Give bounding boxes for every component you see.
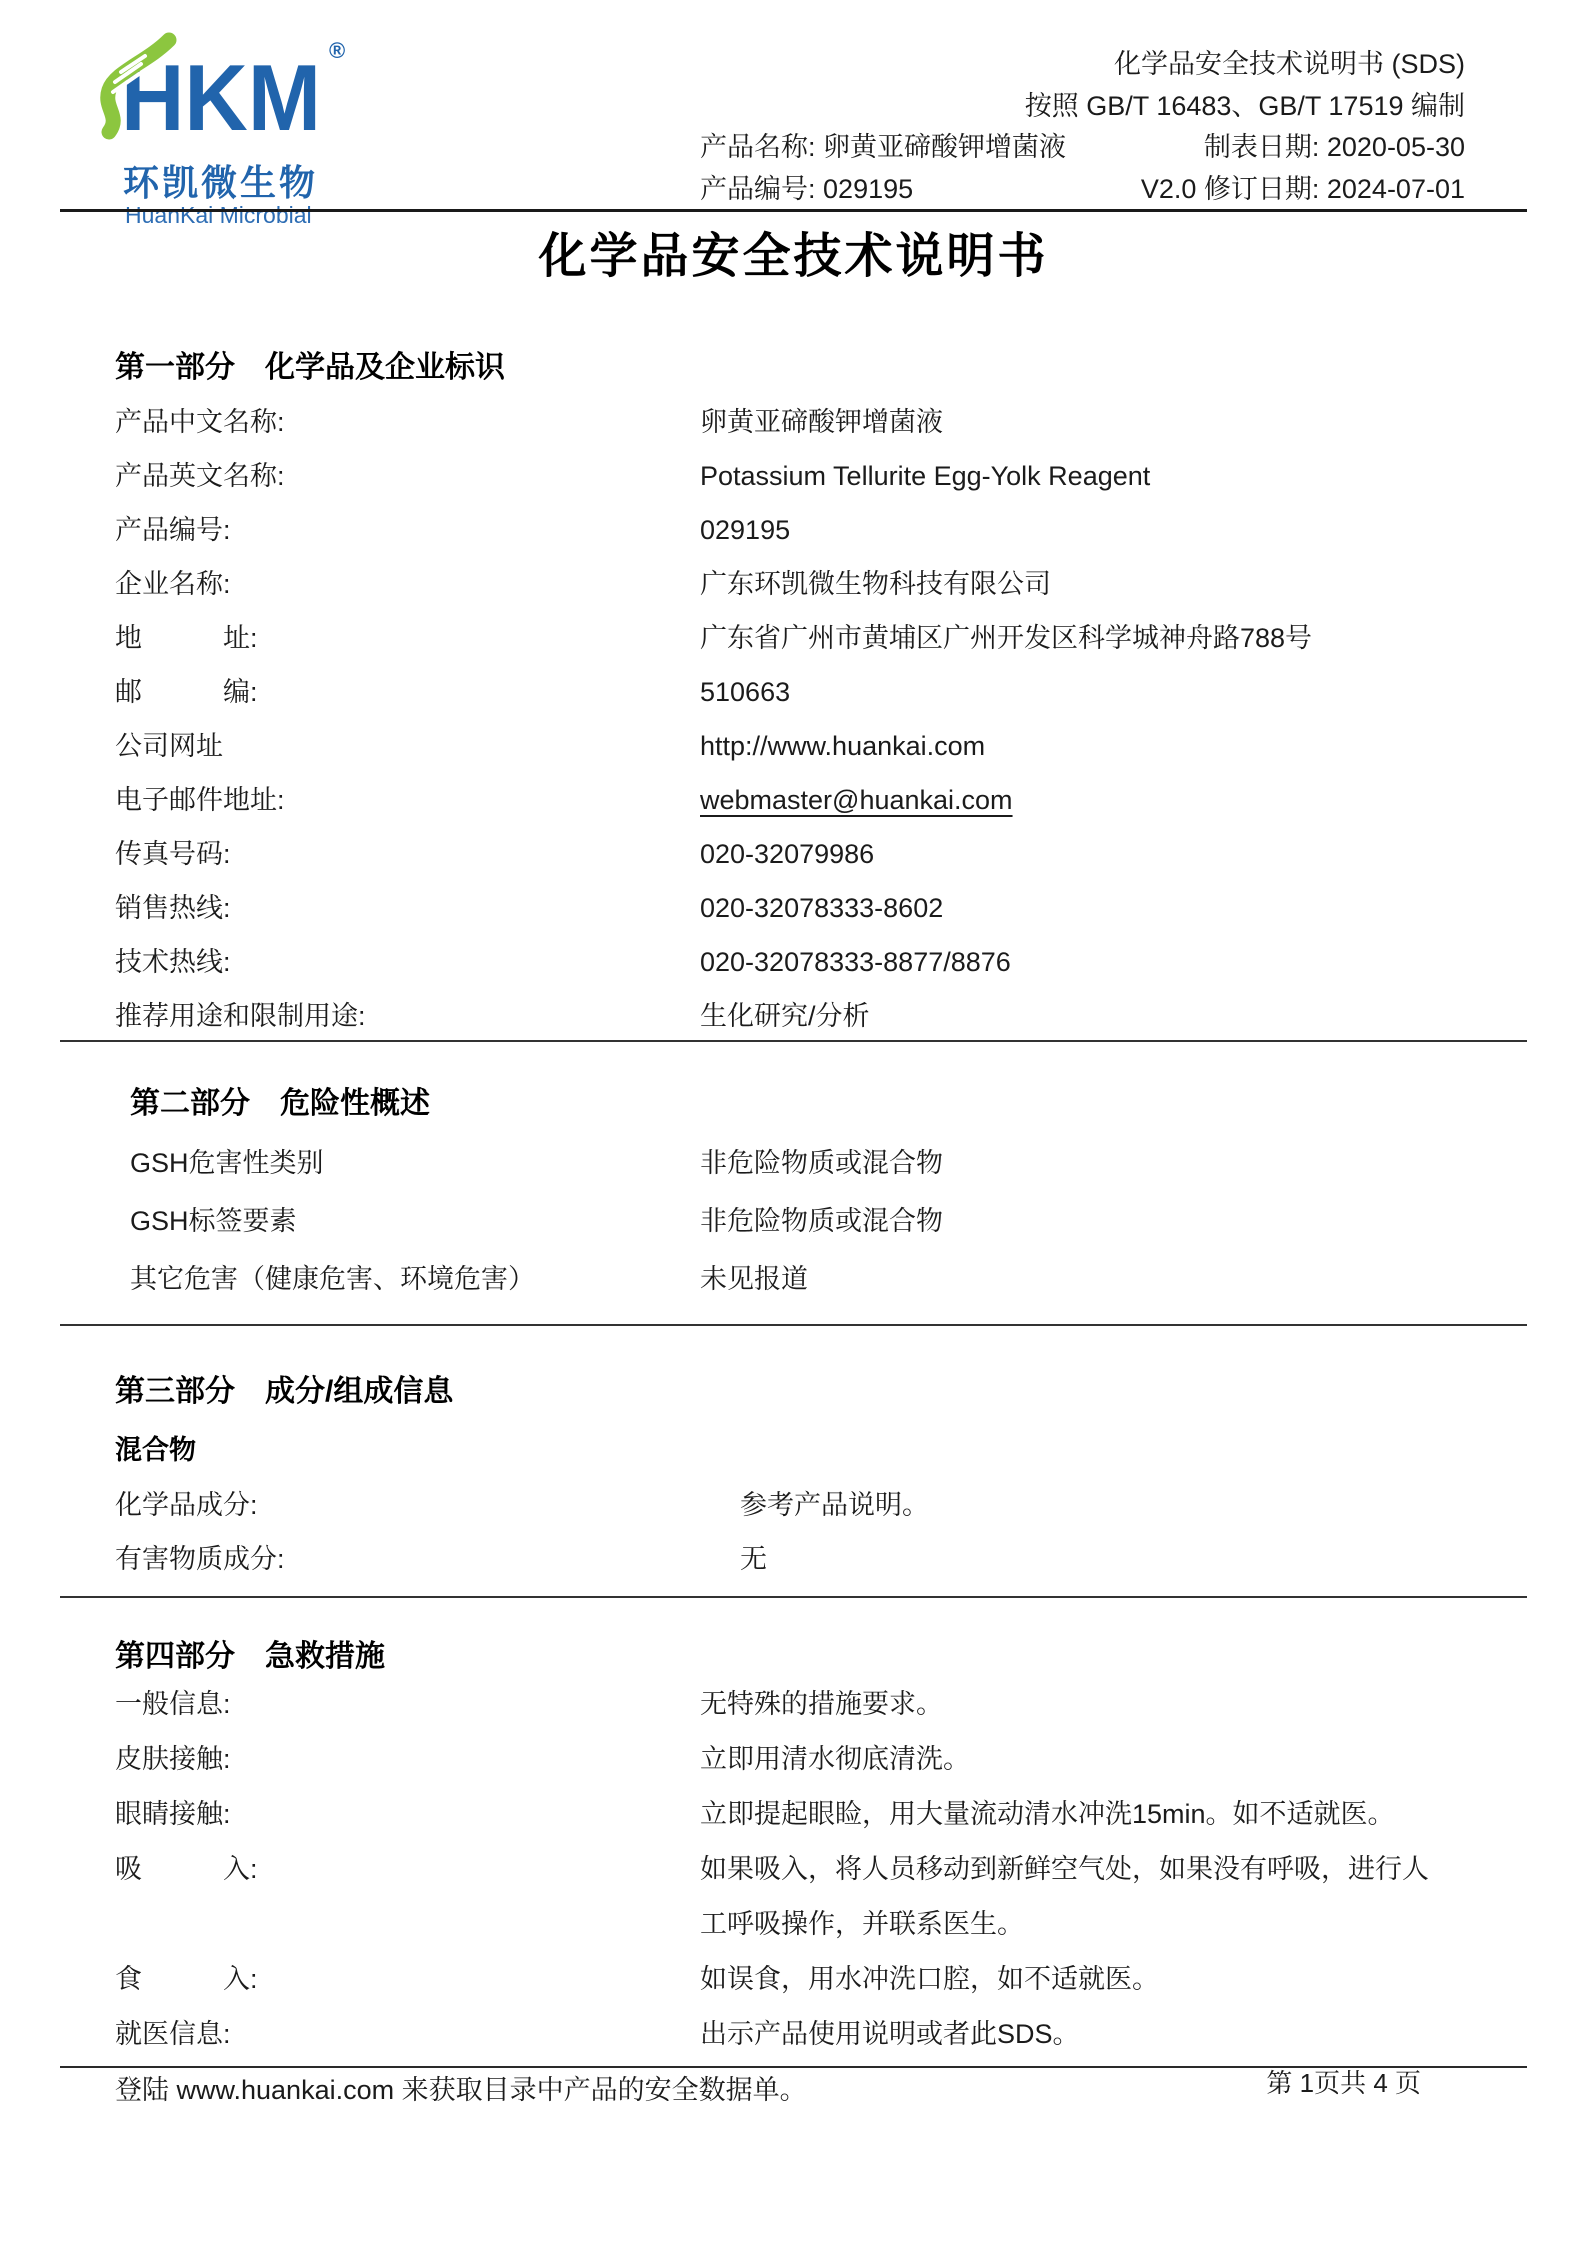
field-value: 立即用清水彻底清洗。	[700, 1732, 970, 1787]
field-row: 电子邮件地址:webmaster@huankai.com	[115, 773, 1527, 827]
field-label: 企业名称:	[115, 557, 231, 611]
field-label: 一般信息:	[115, 1677, 231, 1732]
mixture-subheading: 混合物	[115, 1433, 1527, 1467]
revision-date: V2.0 修订日期: 2024-07-01	[1141, 173, 1465, 205]
sds-document-page: HKM ® 环凯微生物 HuanKai Microbial 化学品安全技术说明书…	[0, 0, 1587, 2245]
field-value: 立即提起眼睑，用大量流动清水冲洗15min。如不适就医。	[700, 1787, 1395, 1842]
field-row: 眼睛接触:立即提起眼睑，用大量流动清水冲洗15min。如不适就医。	[115, 1787, 1527, 1842]
field-label: GSH标签要素	[130, 1192, 297, 1250]
field-label: 技术热线:	[115, 935, 231, 989]
field-label: 电子邮件地址:	[115, 773, 285, 827]
product-name: 产品名称: 卵黄亚碲酸钾增菌液	[700, 131, 1066, 163]
section-1-identification: 第一部分 化学品及企业标识 产品中文名称:卵黄亚碲酸钾增菌液产品英文名称:Pot…	[115, 348, 1527, 1043]
section-divider	[60, 1040, 1527, 1042]
field-value: 020-32078333-8877/8876	[700, 935, 1011, 989]
standard-reference-line: 按照 GB/T 16483、GB/T 17519 编制	[700, 90, 1465, 122]
field-value: 生化研究/分析	[700, 989, 870, 1043]
field-value: 020-32078333-8602	[700, 881, 943, 935]
field-value: http://www.huankai.com	[700, 719, 985, 773]
section-3-rows: 化学品成分:参考产品说明。有害物质成分:无	[115, 1478, 1527, 1586]
email-link[interactable]: webmaster@huankai.com	[700, 773, 1013, 827]
document-title: 化学品安全技术说明书	[0, 228, 1587, 286]
company-logo: HKM ® 环凯微生物 HuanKai Microbial	[85, 28, 415, 208]
field-label: 产品英文名称:	[115, 449, 285, 503]
field-value: 参考产品说明。	[740, 1478, 929, 1532]
field-label: 产品中文名称:	[115, 395, 285, 449]
section-1-rows: 产品中文名称:卵黄亚碲酸钾增菌液产品英文名称:Potassium Telluri…	[115, 395, 1527, 1043]
section-divider	[60, 1596, 1527, 1598]
field-row: 推荐用途和限制用途:生化研究/分析	[115, 989, 1527, 1043]
field-row: 传真号码:020-32079986	[115, 827, 1527, 881]
field-row: 食 入:如误食，用水冲洗口腔，如不适就医。	[115, 1952, 1527, 2007]
field-label: 推荐用途和限制用途:	[115, 989, 366, 1043]
field-value: 广东省广州市黄埔区广州开发区科学城神舟路788号	[700, 611, 1312, 665]
field-label: 其它危害（健康危害、环境危害）	[130, 1250, 535, 1308]
field-label: GSH危害性类别	[130, 1134, 324, 1192]
section-divider	[60, 1324, 1527, 1326]
field-row: 产品编号:029195	[115, 503, 1527, 557]
created-date: 制表日期: 2020-05-30	[1204, 131, 1465, 163]
section-4-heading: 第四部分 急救措施	[115, 1637, 1527, 1677]
field-label: 邮 编:	[115, 665, 258, 719]
field-label: 吸 入:	[115, 1842, 258, 1897]
field-row: 产品英文名称:Potassium Tellurite Egg-Yolk Reag…	[115, 449, 1527, 503]
section-4-rows: 一般信息:无特殊的措施要求。皮肤接触:立即用清水彻底清洗。眼睛接触:立即提起眼睑…	[115, 1677, 1527, 2062]
field-value: 无	[740, 1532, 767, 1586]
field-row: GSH标签要素非危险物质或混合物	[130, 1192, 1542, 1250]
field-value: 029195	[700, 503, 790, 557]
field-row: 有害物质成分:无	[115, 1532, 1527, 1586]
field-row: 化学品成分:参考产品说明。	[115, 1478, 1527, 1532]
field-row: 产品中文名称:卵黄亚碲酸钾增菌液	[115, 395, 1527, 449]
field-row: 公司网址http://www.huankai.com	[115, 719, 1527, 773]
product-name-and-date-row: 产品名称: 卵黄亚碲酸钾增菌液 制表日期: 2020-05-30	[700, 131, 1465, 163]
field-row: 皮肤接触:立即用清水彻底清洗。	[115, 1732, 1527, 1787]
field-label: 销售热线:	[115, 881, 231, 935]
field-label: 就医信息:	[115, 2007, 231, 2062]
field-row: 技术热线:020-32078333-8877/8876	[115, 935, 1527, 989]
field-row: 吸 入:如果吸入，将人员移动到新鲜空气处，如果没有呼吸，进行人工呼吸操作，并联系…	[115, 1842, 1527, 1952]
product-code: 产品编号: 029195	[700, 173, 913, 205]
product-code-and-revision-row: 产品编号: 029195 V2.0 修订日期: 2024-07-01	[700, 173, 1465, 205]
field-value: 未见报道	[700, 1250, 808, 1308]
field-row: 地 址:广东省广州市黄埔区广州开发区科学城神舟路788号	[115, 611, 1527, 665]
header-divider	[60, 209, 1527, 212]
field-row: 销售热线:020-32078333-8602	[115, 881, 1527, 935]
field-label: 地 址:	[115, 611, 258, 665]
field-value: 广东环凯微生物科技有限公司	[700, 557, 1051, 611]
section-2-rows: GSH危害性类别非危险物质或混合物GSH标签要素非危险物质或混合物其它危害（健康…	[130, 1134, 1542, 1308]
field-label: 有害物质成分:	[115, 1532, 285, 1586]
field-value: 非危险物质或混合物	[700, 1192, 943, 1250]
field-label: 眼睛接触:	[115, 1787, 231, 1842]
page-number: 第 1页共 4 页	[1266, 2066, 1421, 2100]
section-4-first-aid: 第四部分 急救措施 一般信息:无特殊的措施要求。皮肤接触:立即用清水彻底清洗。眼…	[115, 1637, 1527, 2062]
field-label: 产品编号:	[115, 503, 231, 557]
field-value: 无特殊的措施要求。	[700, 1677, 943, 1732]
section-3-composition: 第三部分 成分/组成信息 混合物 化学品成分:参考产品说明。有害物质成分:无	[115, 1372, 1527, 1586]
field-label: 化学品成分:	[115, 1478, 258, 1532]
field-row: 企业名称:广东环凯微生物科技有限公司	[115, 557, 1527, 611]
registered-trademark-icon: ®	[329, 38, 345, 63]
footer-note: 登陆 www.huankai.com 来获取目录中产品的安全数据单。	[115, 2072, 807, 2108]
field-row: 邮 编:510663	[115, 665, 1527, 719]
field-value: 卵黄亚碲酸钾增菌液	[700, 395, 943, 449]
field-row: 就医信息:出示产品使用说明或者此SDS。	[115, 2007, 1527, 2062]
field-label: 传真号码:	[115, 827, 231, 881]
section-1-heading: 第一部分 化学品及企业标识	[115, 348, 1527, 388]
field-value: 出示产品使用说明或者此SDS。	[700, 2007, 1080, 2062]
field-value: 如误食，用水冲洗口腔，如不适就医。	[700, 1952, 1159, 2007]
logo-english-name: HuanKai Microbial	[125, 202, 312, 228]
hkm-logo-mark: HKM ®	[85, 28, 415, 143]
field-value: 510663	[700, 665, 790, 719]
field-row: 其它危害（健康危害、环境危害）未见报道	[130, 1250, 1542, 1308]
field-label: 公司网址	[115, 719, 223, 773]
logo-chinese-name: 环凯微生物	[123, 163, 318, 203]
field-label: 皮肤接触:	[115, 1732, 231, 1787]
field-row: 一般信息:无特殊的措施要求。	[115, 1677, 1527, 1732]
field-value: 非危险物质或混合物	[700, 1134, 943, 1192]
field-value: Potassium Tellurite Egg-Yolk Reagent	[700, 449, 1150, 503]
section-2-hazards: 第二部分 危险性概述 GSH危害性类别非危险物质或混合物GSH标签要素非危险物质…	[130, 1083, 1542, 1308]
field-row: GSH危害性类别非危险物质或混合物	[130, 1134, 1542, 1192]
field-label: 食 入:	[115, 1952, 258, 2007]
field-value: 如果吸入，将人员移动到新鲜空气处，如果没有呼吸，进行人工呼吸操作，并联系医生。	[700, 1842, 1440, 1952]
field-value: 020-32079986	[700, 827, 874, 881]
section-3-heading: 第三部分 成分/组成信息	[115, 1372, 1527, 1412]
section-2-heading: 第二部分 危险性概述	[130, 1083, 1542, 1125]
doc-type-line: 化学品安全技术说明书 (SDS)	[700, 48, 1465, 80]
